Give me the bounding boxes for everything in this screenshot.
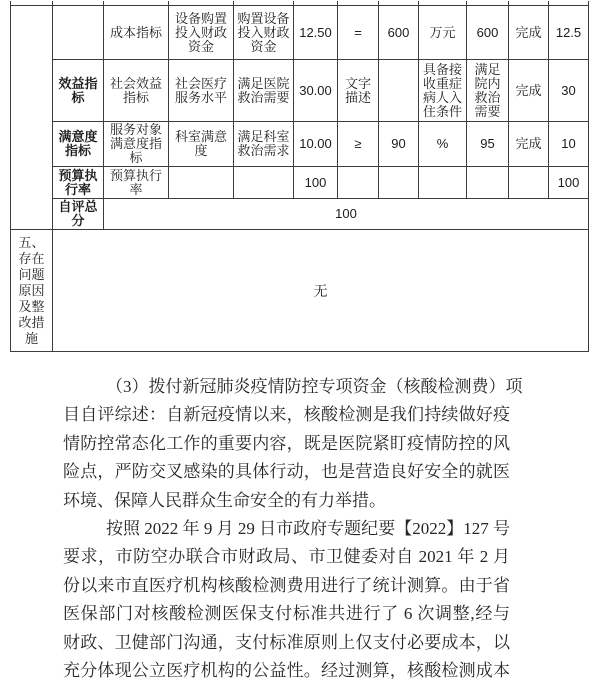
category-self-eval-total: 自评总分 (53, 199, 104, 230)
table-row: 自评总分100 (11, 199, 589, 230)
left-gutter-cell (11, 6, 53, 230)
table-cell (234, 167, 294, 199)
table-cell: 预算执行率 (104, 167, 169, 199)
table-cell: 12.5 (549, 6, 589, 60)
table-cell: 12.50 (294, 6, 338, 60)
summary-text: （3）拨付新冠肺炎疫情防控专项资金（核酸检测费）项目自评综述：自新冠疫情以来，核… (63, 373, 510, 679)
table-cell: 10 (549, 122, 589, 167)
table-cell: = (338, 6, 379, 60)
table-cell: 95 (467, 122, 509, 167)
text-line: 财政、卫健部门沟通，支付标准原则上仅支付必要成本，以 (63, 629, 510, 657)
table-cell: 满足科室救治需求 (234, 122, 294, 167)
table-cell (419, 167, 467, 199)
table-cell: 完成 (509, 6, 549, 60)
table-cell: 600 (467, 6, 509, 60)
table-cell: 科室满意度 (169, 122, 234, 167)
table-cell (379, 167, 419, 199)
table-cell: 完成 (509, 60, 549, 122)
self-eval-total-value: 100 (104, 199, 589, 230)
table-cell: 满足医院救治需要 (234, 60, 294, 122)
table-cell: 成本指标 (104, 6, 169, 60)
table-cell (169, 167, 234, 199)
table-cell (338, 167, 379, 199)
table-cell: 完成 (509, 122, 549, 167)
text-line: 按照 2022 年 9 月 29 日市政府专题纪要【2022】127 号 (63, 515, 510, 543)
text-line: （3）拨付新冠肺炎疫情防控专项资金（核酸检测费）项 (63, 373, 510, 401)
table-cell (53, 6, 104, 60)
table-cell (379, 60, 419, 122)
table-cell: 社会效益指标 (104, 60, 169, 122)
text-line: 情防控常态化工作的重要内容，既是医院紧盯疫情防控的风 (63, 430, 510, 458)
table-row: 预算执行率预算执行率100100 (11, 167, 589, 199)
table-cell: 600 (379, 6, 419, 60)
text-line: 险点，严防交叉感染的具体行动，也是营造良好安全的就医 (63, 458, 510, 486)
table-cell: 社会医疗服务水平 (169, 60, 234, 122)
table-row: 满意度指标服务对象满意度指标科室满意度满足科室救治需求10.00≥90%95完成… (11, 122, 589, 167)
table-cell: 服务对象满意度指标 (104, 122, 169, 167)
table-row: 五、存在问题原因及整改措施无 (11, 230, 589, 352)
section-5-content: 无 (53, 230, 589, 352)
table-cell: 满足院内救治需要 (467, 60, 509, 122)
text-line: 充分体现公立医疗机构的公益性。经过测算，核酸检测成本 (63, 657, 510, 679)
table-cell: 90 (379, 122, 419, 167)
table-cell: 100 (294, 167, 338, 199)
document-page: { "page": { "background": "#ffffff", "te… (0, 0, 600, 679)
eval-table-body: 成本指标设备购置投入财政资金购置设备投入财政资金12.50=600万元600完成… (11, 1, 589, 352)
text-line: 要求，市防空办联合市财政局、市卫健委对自 2021 年 2 月 (63, 543, 510, 571)
table-row: 成本指标设备购置投入财政资金购置设备投入财政资金12.50=600万元600完成… (11, 6, 589, 60)
table-cell: 具备接收重症病人入住条件 (419, 60, 467, 122)
table-cell: % (419, 122, 467, 167)
text-line: 目自评综述：自新冠疫情以来，核酸检测是我们持续做好疫 (63, 401, 510, 429)
section-5-row-header: 五、存在问题原因及整改措施 (11, 230, 53, 352)
category-budget-execution-rate: 预算执行率 (53, 167, 104, 199)
table-cell: 设备购置投入财政资金 (169, 6, 234, 60)
category-benefit-indicator: 效益指标 (53, 60, 104, 122)
table-cell: 万元 (419, 6, 467, 60)
table-cell: 文字描述 (338, 60, 379, 122)
table-cell (509, 167, 549, 199)
table-cell: 30 (549, 60, 589, 122)
text-line: 份以来市直医疗机构核酸检测费用进行了统计测算。由于省 (63, 572, 510, 600)
table-cell: 100 (549, 167, 589, 199)
table-cell: 10.00 (294, 122, 338, 167)
table-cell (467, 167, 509, 199)
table-row: 效益指标社会效益指标社会医疗服务水平满足医院救治需要30.00文字描述具备接收重… (11, 60, 589, 122)
table-cell: 购置设备投入财政资金 (234, 6, 294, 60)
category-satisfaction-indicator: 满意度指标 (53, 122, 104, 167)
table-cell: ≥ (338, 122, 379, 167)
performance-eval-table: 成本指标设备购置投入财政资金购置设备投入财政资金12.50=600万元600完成… (10, 1, 589, 352)
text-line: 环境、保障人民群众生命安全的有力举措。 (63, 487, 510, 515)
table-cell: 30.00 (294, 60, 338, 122)
text-line: 医保部门对核酸检测医保支付标准共进行了 6 次调整,经与 (63, 600, 510, 628)
eval-table: 成本指标设备购置投入财政资金购置设备投入财政资金12.50=600万元600完成… (10, 1, 589, 352)
